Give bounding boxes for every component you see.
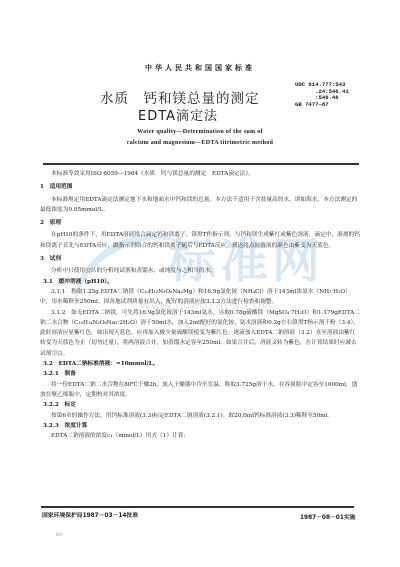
document-body: 本标准等效采用ISO 6059—1984《水质 钙与镁总量的测定 EDTA滴定法… (40, 169, 360, 441)
intro-paragraph: 本标准等效采用ISO 6059—1984《水质 钙与镁总量的测定 EDTA滴定法… (40, 169, 360, 179)
clause-3-2-1-text: 将一份EDTA二钠二水合物在80℃干燥2h，放入干燥器中冷至室温，称取3.725… (40, 380, 360, 401)
clause-3-2-3-text: EDTA二钠溶液的浓度c₁（mmol/L）用式（1）计算： (40, 431, 360, 441)
title-en-line2: calcium and magnesium—EDTA titrimetric m… (0, 138, 400, 149)
clause-3-2-3-heading: 3.2.3 浓度计算 (40, 421, 360, 431)
title-cn-line2: EDTA滴定法 (138, 105, 218, 124)
implementation-date: 1987－08－01实施 (300, 512, 355, 521)
title-cn-line1: 水质 钙和镁总量的测定 (100, 87, 260, 107)
clause-3-2-1-heading: 3.2.1 制备 (40, 369, 360, 379)
bottom-rule-divider (41, 506, 354, 508)
national-standard-label: 中华人民共和国国家标准 (0, 63, 400, 73)
clause-3-2: 3.2 EDTA二钠标准溶液：≈10mmol/L。 (40, 359, 360, 369)
clause-3-1-2: 3.1.2 如无EDTA二钠镁，可先将16.9g氯化铵溶于143ml氨水。另取0… (40, 308, 360, 359)
udc-code-block: UDC 614.777:543 .24:546.41 :546.46 GB 74… (295, 82, 349, 108)
clause-3-1-1: 3.1.1 称取1.25g EDTA二钠镁（C₁₀H₁₂N₂O₈Na₂Mg）和1… (40, 287, 360, 308)
section-2-text: 在pH10的条件下，用EDTA溶液络合滴定钙和镁离子。铬黑T作指示剂，与钙和镁生… (40, 230, 360, 251)
gb-number: GB 7477—87 (295, 102, 349, 109)
section-2-heading: 2 原理 (40, 218, 360, 228)
title-en: Water quality—Determination of the sum o… (0, 127, 400, 149)
page-number: 60 (56, 532, 62, 538)
approval-date: 国家环境保护局1987－03－14批准 (42, 510, 138, 519)
clause-3-2-2-text: 按第6章的操作方法，用钙标准溶液(3.3)标定EDTA二钠溶液(3.2.1)。取… (40, 411, 360, 421)
top-rule-divider (43, 163, 359, 165)
section-1-heading: 1 适用范围 (40, 182, 360, 192)
section-3-heading: 3 试剂 (40, 254, 360, 264)
section-1-text: 本标准规定用EDTA滴定法测定地下水和地面水中钙和镁的总量。本方法不适用于含盐量… (40, 195, 360, 216)
section-3-text: 分析中只使用公认的分析纯试剂和蒸馏水，或纯度与之相当的水。 (40, 266, 360, 276)
clause-3-1: 3.1 缓冲溶液（pH10）。 (40, 277, 360, 287)
title-en-line1: Water quality—Determination of the sum o… (0, 127, 400, 138)
clause-3-2-2-heading: 3.2.2 标定 (40, 400, 360, 410)
